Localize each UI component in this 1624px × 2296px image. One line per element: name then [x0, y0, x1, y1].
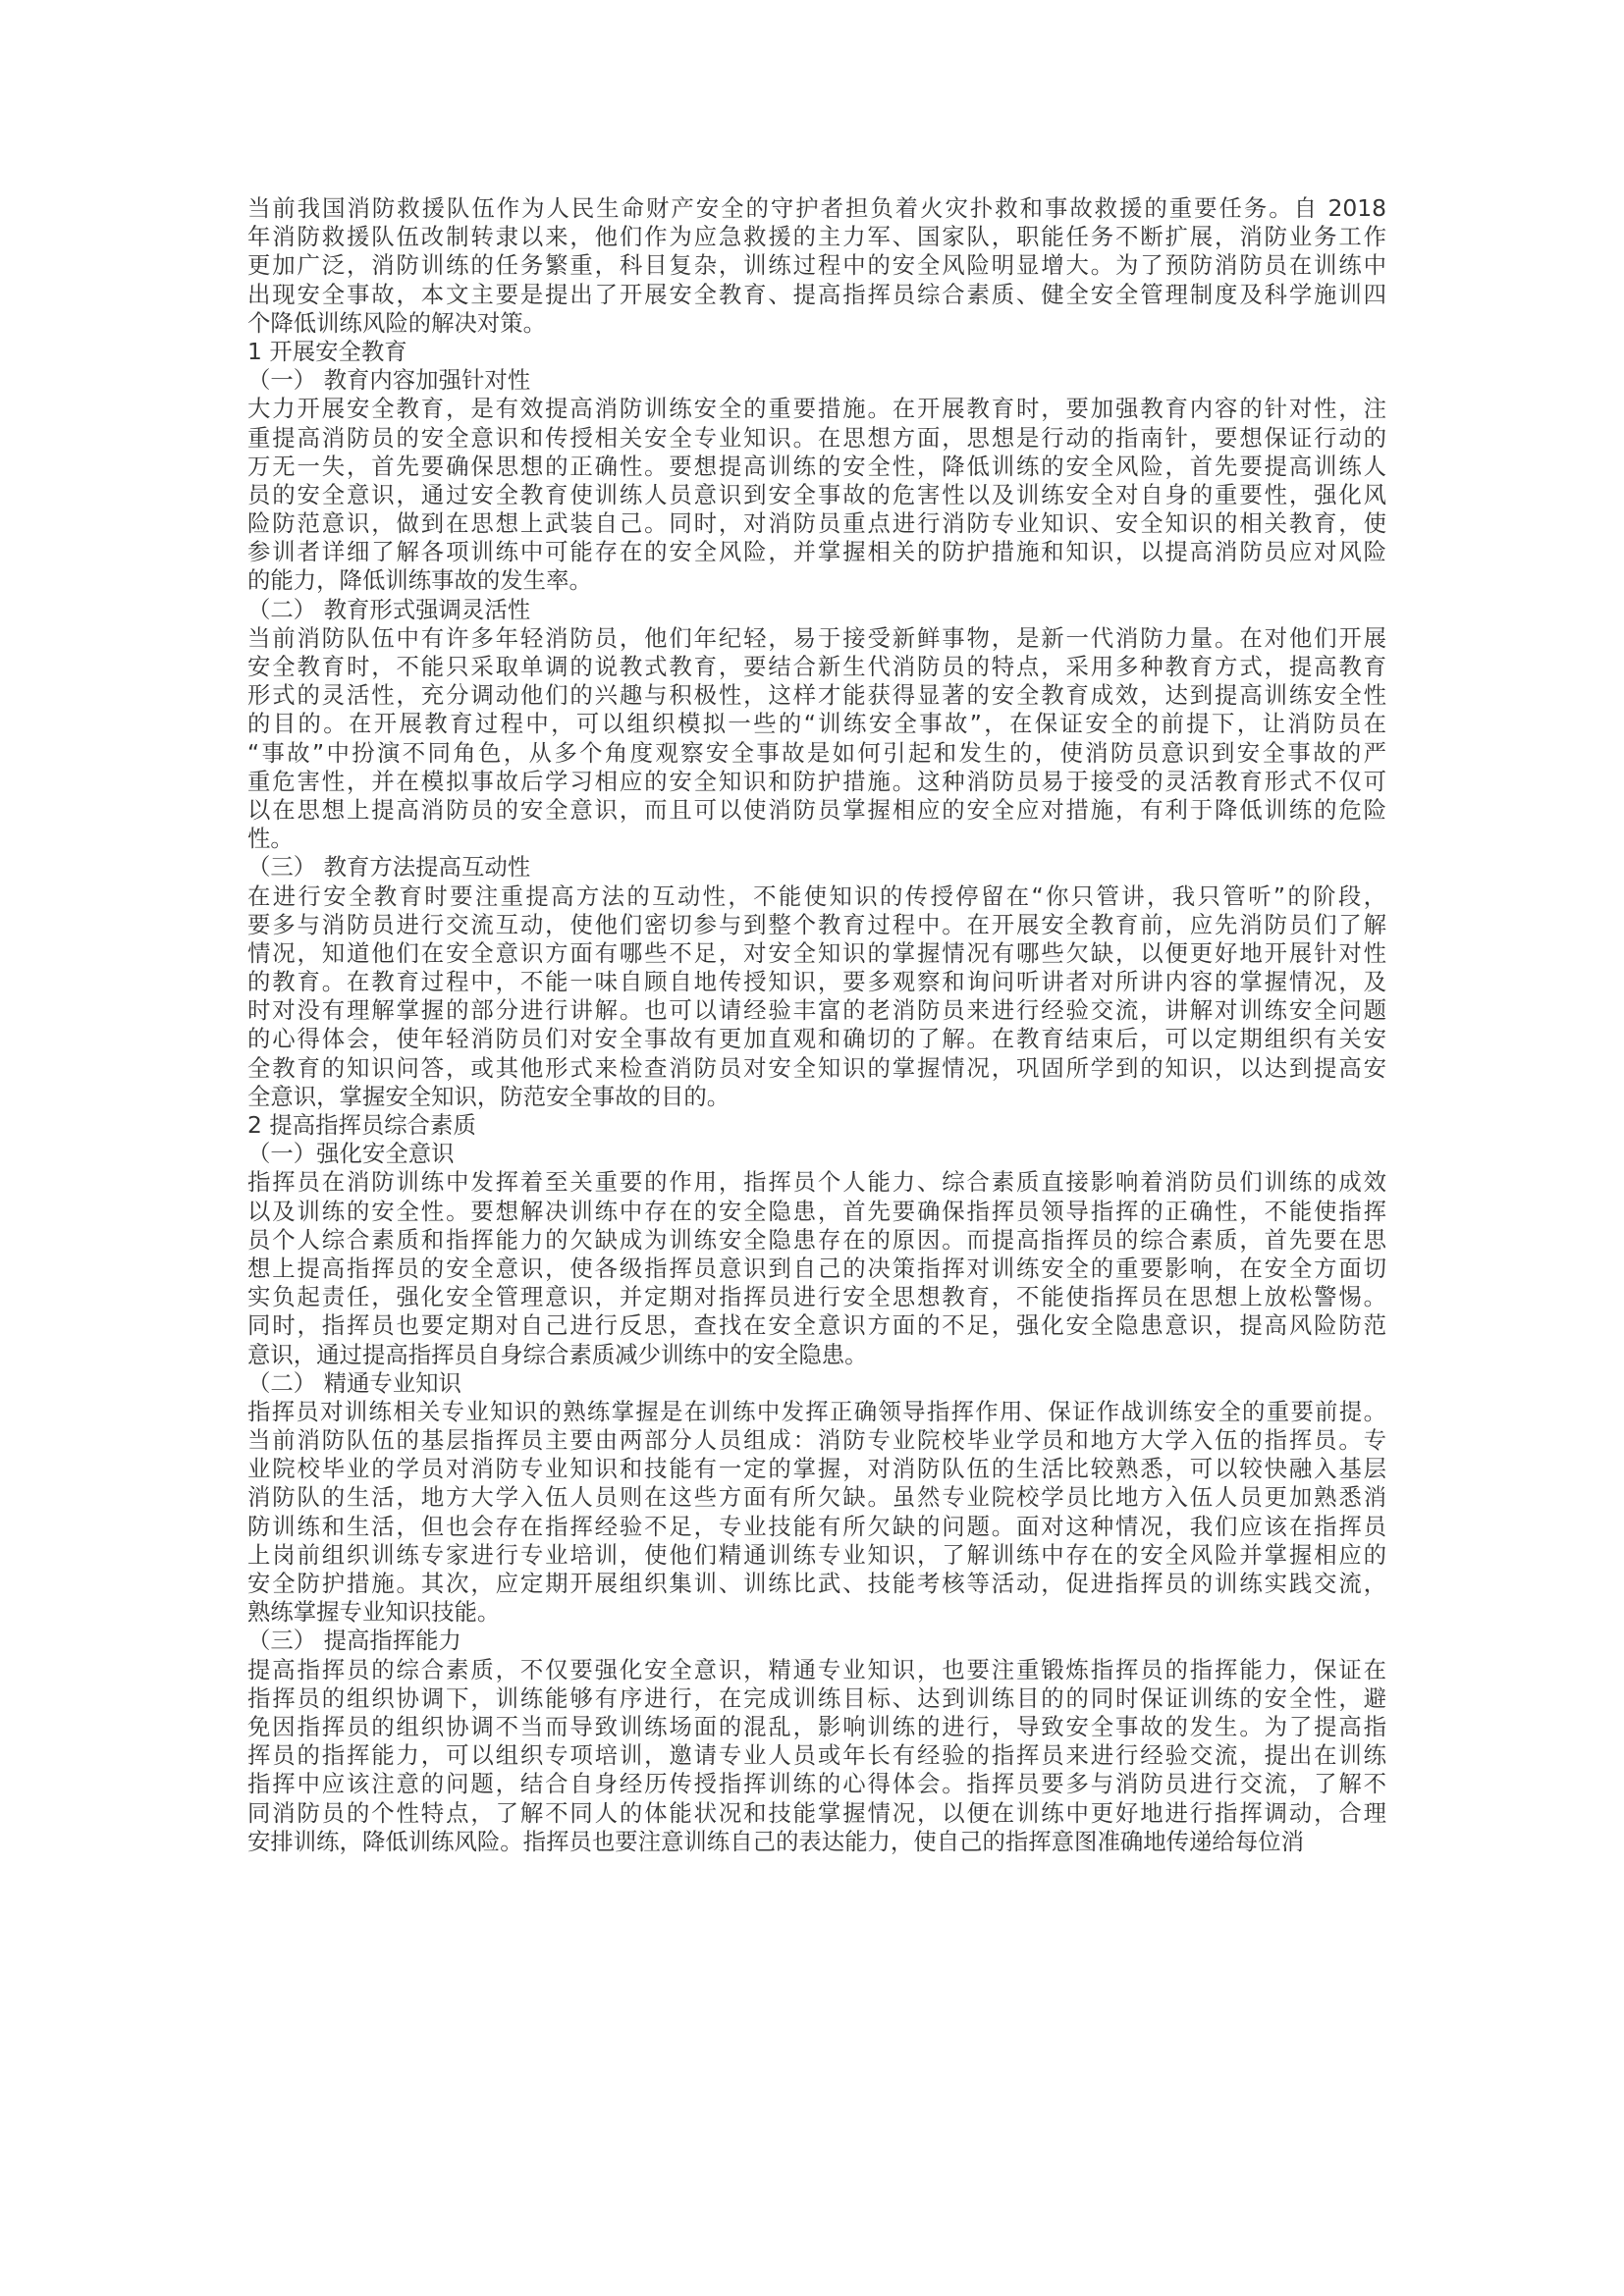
text-line: 想上提高指挥员的安全意识，使各级指挥员意识到自己的决策指挥对训练安全的重要影响，… — [247, 1255, 1386, 1283]
text-line: 指挥员的组织协调下，训练能够有序进行，在完成训练目标、达到训练目的的同时保证训练… — [247, 1684, 1386, 1713]
text-line: 性。 — [247, 825, 1386, 853]
text-line: 同消防员的个性特点，了解不同人的体能状况和技能掌握情况，以便在训练中更好地进行指… — [247, 1799, 1386, 1828]
text-line: 的目的。在开展教育过程中，可以组织模拟一些的“训练安全事故”，在保证安全的前提下… — [247, 710, 1386, 738]
text-line: 熟练掌握专业知识技能。 — [247, 1598, 1386, 1627]
text-line: 指挥员对训练相关专业知识的熟练掌握是在训练中发挥正确领导指挥作用、保证作战训练安… — [247, 1398, 1386, 1426]
section-2-2-heading: （二） 精通专业知识 — [247, 1369, 1386, 1398]
text-line: 险防范意识，做到在思想上武装自己。同时，对消防员重点进行消防专业知识、安全知识的… — [247, 509, 1386, 538]
text-line: 的心得体会，使年轻消防员们对安全事故有更加直观和确切的了解。在教育结束后，可以定… — [247, 1025, 1386, 1053]
section-1-3-heading: （三） 教育方法提高互动性 — [247, 853, 1386, 881]
text-line: 年消防救援队伍改制转隶以来，他们作为应急救援的主力军、国家队，职能任务不断扩展，… — [247, 223, 1386, 251]
text-line: 实负起责任，强化安全管理意识，并定期对指挥员进行安全思想教育，不能使指挥员在思想… — [247, 1283, 1386, 1311]
section-1-heading: 1 开展安全教育 — [247, 338, 1386, 366]
text-line: 提高指挥员的综合素质，不仅要强化安全意识，精通专业知识，也要注重锻炼指挥员的指挥… — [247, 1656, 1386, 1684]
text-line: 参训者详细了解各项训练中可能存在的安全风险，并掌握相关的防护措施和知识，以提高消… — [247, 538, 1386, 566]
text-line: 个降低训练风险的解决对策。 — [247, 309, 1386, 338]
text-line: 同时，指挥员也要定期对自己进行反思，查找在安全意识方面的不足，强化安全隐患意识，… — [247, 1311, 1386, 1340]
text-line: 消防队的生活，地方大学入伍人员则在这些方面有所欠缺。虽然专业院校学员比地方入伍人… — [247, 1483, 1386, 1512]
text-line: 以及训练的安全性。要想解决训练中存在的安全隐患，首先要确保指挥员领导指挥的正确性… — [247, 1198, 1386, 1226]
section-1-3-paragraph: 在进行安全教育时要注重提高方法的互动性，不能使知识的传授停留在“你只管讲，我只管… — [247, 882, 1386, 1112]
text-line: 安全防护措施。其次，应定期开展组织集训、训练比武、技能考核等活动，促进指挥员的训… — [247, 1570, 1386, 1598]
text-line: 员个人综合素质和指挥能力的欠缺成为训练安全隐患存在的原因。而提高指挥员的综合素质… — [247, 1226, 1386, 1255]
text-line: 挥员的指挥能力，可以组织专项培训，邀请专业人员或年长有经验的指挥员来进行经验交流… — [247, 1741, 1386, 1770]
heading-text: （一）强化安全意识 — [247, 1140, 1386, 1168]
heading-text: 2 提高指挥员综合素质 — [247, 1111, 1386, 1140]
text-line: 全教育的知识问答，或其他形式来检查消防员对安全知识的掌握情况，巩固所学到的知识，… — [247, 1054, 1386, 1083]
heading-text: （三） 提高指挥能力 — [247, 1627, 1386, 1655]
text-line: 免因指挥员的组织协调不当而导致训练场面的混乱，影响训练的进行，导致安全事故的发生… — [247, 1713, 1386, 1741]
section-1-1-paragraph: 大力开展安全教育，是有效提高消防训练安全的重要措施。在开展教育时，要加强教育内容… — [247, 395, 1386, 595]
text-line: 在进行安全教育时要注重提高方法的互动性，不能使知识的传授停留在“你只管讲，我只管… — [247, 882, 1386, 911]
text-line: 更加广泛，消防训练的任务繁重，科目复杂，训练过程中的安全风险明显增大。为了预防消… — [247, 251, 1386, 280]
text-line: 业院校毕业的学员对消防专业知识和技能有一定的掌握，对消防队伍的生活比较熟悉，可以… — [247, 1455, 1386, 1483]
section-1-2-heading: （二） 教育形式强调灵活性 — [247, 596, 1386, 624]
text-line: 万无一失，首先要确保思想的正确性。要想提高训练的安全性，降低训练的安全风险，首先… — [247, 453, 1386, 481]
text-line: 的能力，降低训练事故的发生率。 — [247, 566, 1386, 595]
section-2-3-heading: （三） 提高指挥能力 — [247, 1627, 1386, 1655]
text-line: 当前我国消防救援队伍作为人民生命财产安全的守护者担负着火灾扑救和事故救援的重要任… — [247, 194, 1386, 223]
text-line: 安全教育时，不能只采取单调的说教式教育，要结合新生代消防员的特点，采用多种教育方… — [247, 653, 1386, 681]
text-line: 指挥中应该注意的问题，结合自身经历传授指挥训练的心得体会。指挥员要多与消防员进行… — [247, 1770, 1386, 1798]
section-2-1-paragraph: 指挥员在消防训练中发挥着至关重要的作用，指挥员个人能力、综合素质直接影响着消防员… — [247, 1168, 1386, 1368]
text-line: 当前消防队伍中有许多年轻消防员，他们年纪轻，易于接受新鲜事物，是新一代消防力量。… — [247, 624, 1386, 653]
heading-text: （二） 教育形式强调灵活性 — [247, 596, 1386, 624]
section-2-heading: 2 提高指挥员综合素质 — [247, 1111, 1386, 1140]
text-line: 上岗前组织训练专家进行专业培训，使他们精通训练专业知识，了解训练中存在的安全风险… — [247, 1541, 1386, 1570]
text-line: 重提高消防员的安全意识和传授相关安全专业知识。在思想方面，思想是行动的指南针，要… — [247, 424, 1386, 453]
section-1-2-paragraph: 当前消防队伍中有许多年轻消防员，他们年纪轻，易于接受新鲜事物，是新一代消防力量。… — [247, 624, 1386, 854]
text-line: 出现安全事故，本文主要是提出了开展安全教育、提高指挥员综合素质、健全安全管理制度… — [247, 281, 1386, 309]
text-line: 时对没有理解掌握的部分进行讲解。也可以请经验丰富的老消防员来进行经验交流，讲解对… — [247, 996, 1386, 1025]
section-2-1-heading: （一）强化安全意识 — [247, 1140, 1386, 1168]
section-2-3-paragraph: 提高指挥员的综合素质，不仅要强化安全意识，精通专业知识，也要注重锻炼指挥员的指挥… — [247, 1656, 1386, 1856]
text-line: 情况，知道他们在安全意识方面有哪些不足，对安全知识的掌握情况有哪些欠缺，以便更好… — [247, 939, 1386, 968]
text-line: 要多与消防员进行交流互动，使他们密切参与到整个教育过程中。在开展安全教育前，应先… — [247, 911, 1386, 939]
text-line: “事故”中扮演不同角色，从多个角度观察安全事故是如何引起和发生的，使消防员意识到… — [247, 739, 1386, 768]
text-line: 当前消防队伍的基层指挥员主要由两部分人员组成：消防专业院校毕业学员和地方大学入伍… — [247, 1426, 1386, 1455]
text-line: 防训练和生活，但也会存在指挥经验不足，专业技能有所欠缺的问题。面对这种情况，我们… — [247, 1513, 1386, 1541]
text-line: 的教育。在教育过程中，不能一味自顾自地传授知识，要多观察和询问听讲者对所讲内容的… — [247, 968, 1386, 996]
heading-text: 1 开展安全教育 — [247, 338, 1386, 366]
heading-text: （二） 精通专业知识 — [247, 1369, 1386, 1398]
text-line: 以在思想上提高消防员的安全意识，而且可以使消防员掌握相应的安全应对措施，有利于降… — [247, 796, 1386, 825]
text-line: 安排训练，降低训练风险。指挥员也要注意训练自己的表达能力，使自己的指挥意图准确地… — [247, 1828, 1386, 1856]
document-page: 当前我国消防救援队伍作为人民生命财产安全的守护者担负着火灾扑救和事故救援的重要任… — [247, 194, 1386, 1856]
heading-text: （三） 教育方法提高互动性 — [247, 853, 1386, 881]
text-line: 形式的灵活性，充分调动他们的兴趣与积极性，这样才能获得显著的安全教育成效，达到提… — [247, 681, 1386, 710]
text-line: 大力开展安全教育，是有效提高消防训练安全的重要措施。在开展教育时，要加强教育内容… — [247, 395, 1386, 423]
section-2-2-paragraph: 指挥员对训练相关专业知识的熟练掌握是在训练中发挥正确领导指挥作用、保证作战训练安… — [247, 1398, 1386, 1628]
intro-paragraph: 当前我国消防救援队伍作为人民生命财产安全的守护者担负着火灾扑救和事故救援的重要任… — [247, 194, 1386, 338]
text-line: 员的安全意识，通过安全教育使训练人员意识到安全事故的危害性以及训练安全对自身的重… — [247, 481, 1386, 509]
text-line: 全意识，掌握安全知识，防范安全事故的目的。 — [247, 1083, 1386, 1111]
section-1-1-heading: （一） 教育内容加强针对性 — [247, 366, 1386, 395]
heading-text: （一） 教育内容加强针对性 — [247, 366, 1386, 395]
text-line: 重危害性，并在模拟事故后学习相应的安全知识和防护措施。这种消防员易于接受的灵活教… — [247, 768, 1386, 796]
text-line: 意识，通过提高指挥员自身综合素质减少训练中的安全隐患。 — [247, 1341, 1386, 1369]
text-line: 指挥员在消防训练中发挥着至关重要的作用，指挥员个人能力、综合素质直接影响着消防员… — [247, 1168, 1386, 1197]
